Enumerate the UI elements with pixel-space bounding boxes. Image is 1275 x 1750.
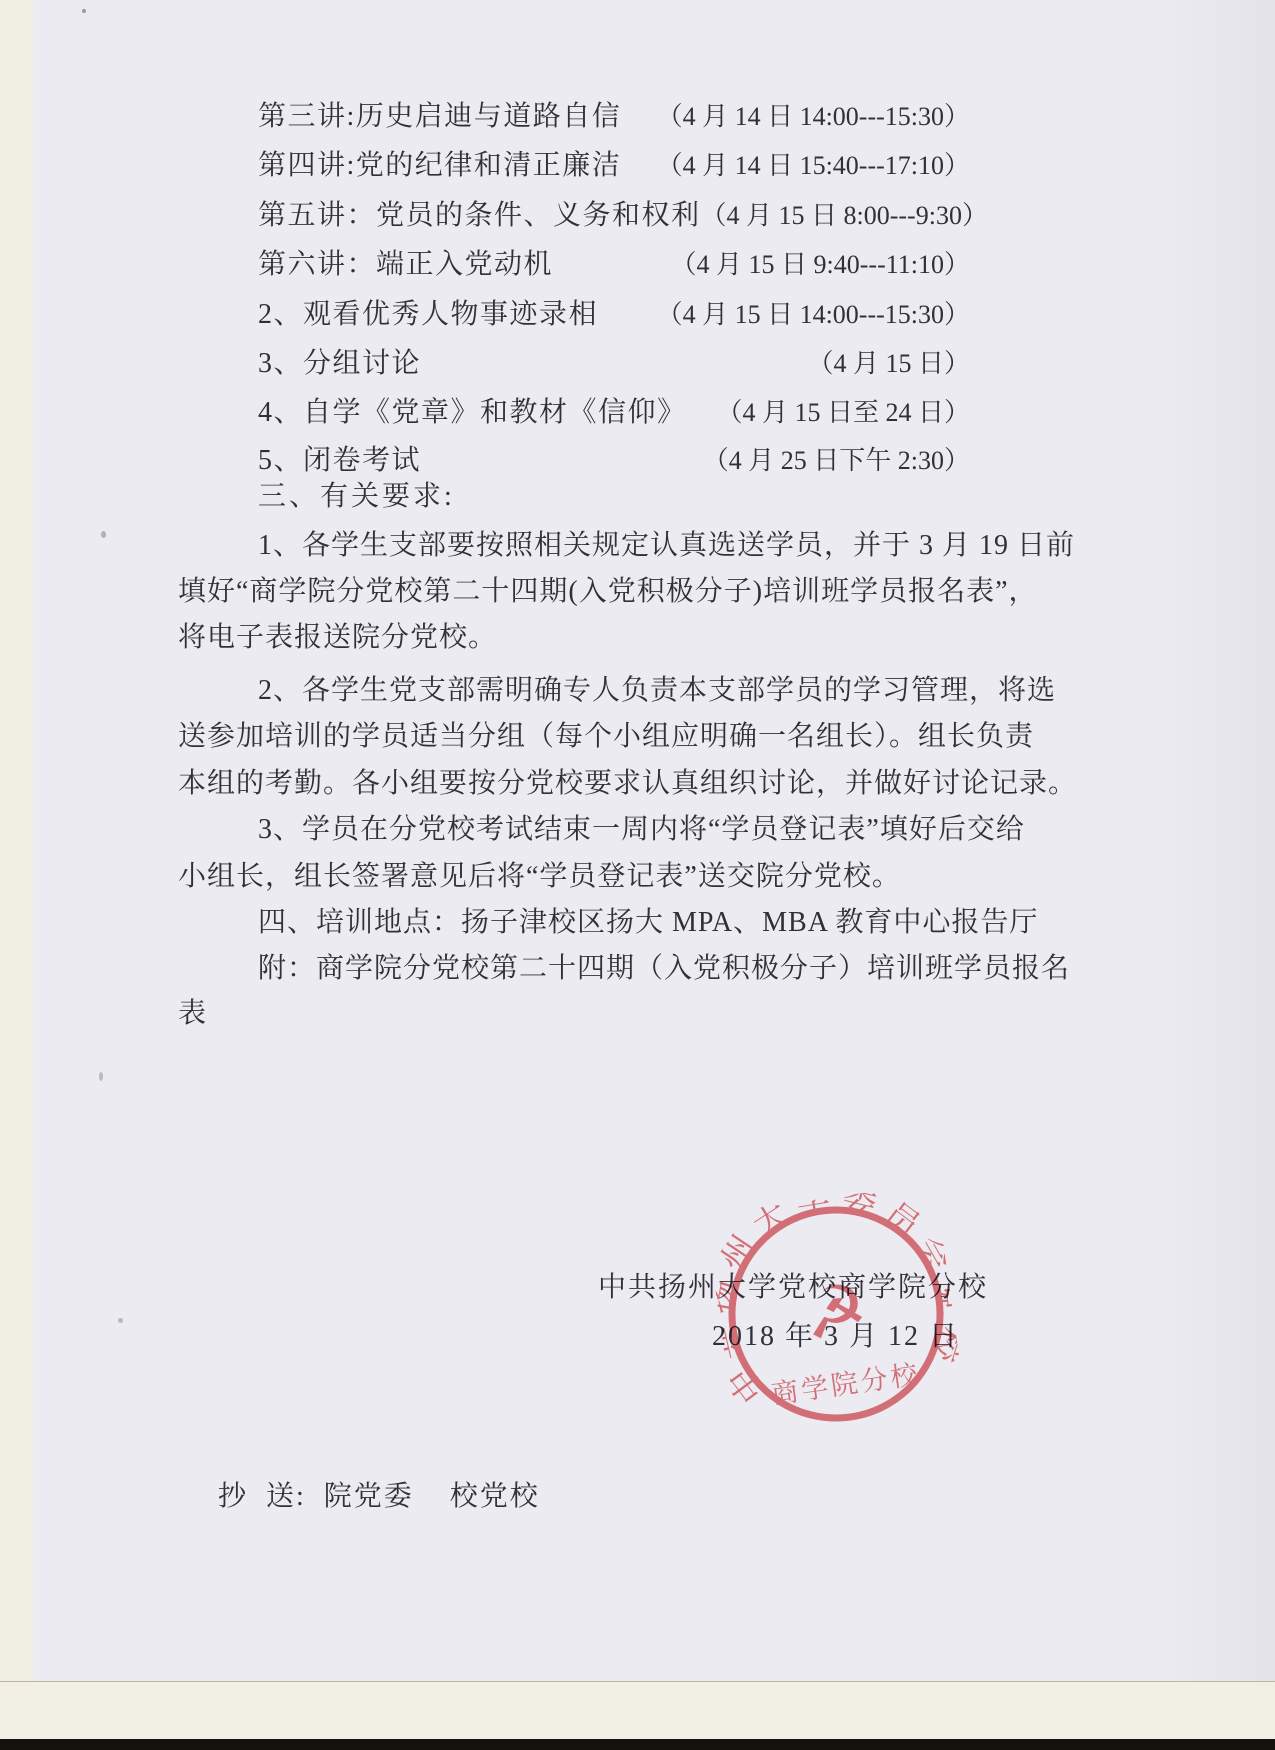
schedule-row: 5、闭卷考试 （4 月 25 日下午 2:30） [258, 441, 970, 481]
lecture-time: （4 月 14 日 14:00---15:30） [657, 97, 970, 137]
activity-label: 4、自学《党章》和教材《信仰》 [258, 393, 687, 433]
activity-time: （4 月 15 日至 24 日） [716, 393, 970, 433]
training-location-line: 四、培训地点：扬子津校区扬大 MPA、MBA 教育中心报告厅 [258, 903, 1038, 943]
activity-label: 5、闭卷考试 [258, 441, 421, 481]
scan-speck [99, 1072, 103, 1081]
body-line: 将电子表报送院分党校。 [178, 618, 497, 658]
body-line: 填好“商学院分党校第二十四期(入党积极分子)培训班学员报名表”， [178, 572, 1038, 612]
lecture-time: （4 月 15 日 8:00---9:30） [701, 196, 988, 236]
activity-label: 2、观看优秀人物事迹录相 [258, 295, 598, 335]
scanner-edge-black-band [0, 1739, 1275, 1750]
activity-time: （4 月 15 日 14:00---15:30） [657, 295, 970, 335]
activity-time: （4 月 25 日下午 2:30） [703, 441, 970, 481]
body-line: 本组的考勤。各小组要按分党校要求认真组织讨论，并做好讨论记录。 [178, 764, 1077, 804]
scan-right-shadow [1155, 0, 1275, 1681]
cc-distribution-line: 抄 送: 院党委 校党校 [218, 1477, 540, 1517]
seal-bottom-text: 商学院分校 [770, 1359, 923, 1410]
scanned-document-page: 第三讲:历史启迪与道路自信 （4 月 14 日 14:00---15:30） 第… [0, 0, 1275, 1750]
body-line: 小组长，组长签署意见后将“学员登记表”送交院分党校。 [178, 857, 901, 897]
lecture-label: 第五讲：党员的条件、义务和权利 [258, 196, 701, 236]
hammer-sickle-icon: ☭ [799, 1267, 873, 1357]
schedule-row: 第五讲：党员的条件、义务和权利 （4 月 15 日 8:00---9:30） [258, 196, 970, 236]
lecture-label: 第三讲:历史启迪与道路自信 [258, 97, 621, 137]
schedule-row: 第六讲：端正入党动机 （4 月 15 日 9:40---11:10） [258, 245, 970, 285]
activity-label: 3、分组讨论 [258, 344, 421, 384]
scan-speck [82, 9, 86, 13]
schedule-row: 4、自学《党章》和教材《信仰》 （4 月 15 日至 24 日） [258, 393, 970, 433]
attachment-line: 附：商学院分党校第二十四期（入党积极分子）培训班学员报名 [258, 949, 1070, 989]
lecture-label: 第四讲:党的纪律和清正廉洁 [258, 146, 621, 186]
body-line: 1、各学生支部要按照相关规定认真选送学员，并于 3 月 19 日前 [258, 526, 1075, 566]
schedule-row: 3、分组讨论 （4 月 15 日） [258, 344, 970, 384]
schedule-row: 第四讲:党的纪律和清正廉洁 （4 月 14 日 15:40---17:10） [258, 146, 970, 186]
body-line: 3、学员在分党校考试结束一周内将“学员登记表”填好后交给 [258, 810, 1025, 850]
body-line: 送参加培训的学员适当分组（每个小组应明确一名组长）。组长负责 [178, 717, 1034, 757]
lecture-time: （4 月 15 日 9:40---11:10） [671, 245, 970, 285]
schedule-row: 第三讲:历史启迪与道路自信 （4 月 14 日 14:00---15:30） [258, 97, 970, 137]
scanner-edge-left-strip [0, 0, 33, 1750]
scan-speck [101, 531, 106, 538]
requirements-heading: 三、有关要求: [258, 477, 455, 517]
lecture-time: （4 月 14 日 15:40---17:10） [657, 146, 970, 186]
scanner-edge-bottom-strip [0, 1681, 1275, 1740]
scan-speck [118, 1318, 123, 1323]
lecture-label: 第六讲：端正入党动机 [258, 245, 553, 285]
activity-time: （4 月 15 日） [807, 344, 970, 384]
schedule-row: 2、观看优秀人物事迹录相 （4 月 15 日 14:00---15:30） [258, 295, 970, 335]
body-line: 2、各学生党支部需明确专人负责本支部学员的学习管理，将选 [258, 671, 1056, 711]
official-seal: 中共扬州大学委员会党校 ☭ 商学院分校 [705, 1183, 967, 1445]
attachment-line-continued: 表 [178, 994, 207, 1034]
